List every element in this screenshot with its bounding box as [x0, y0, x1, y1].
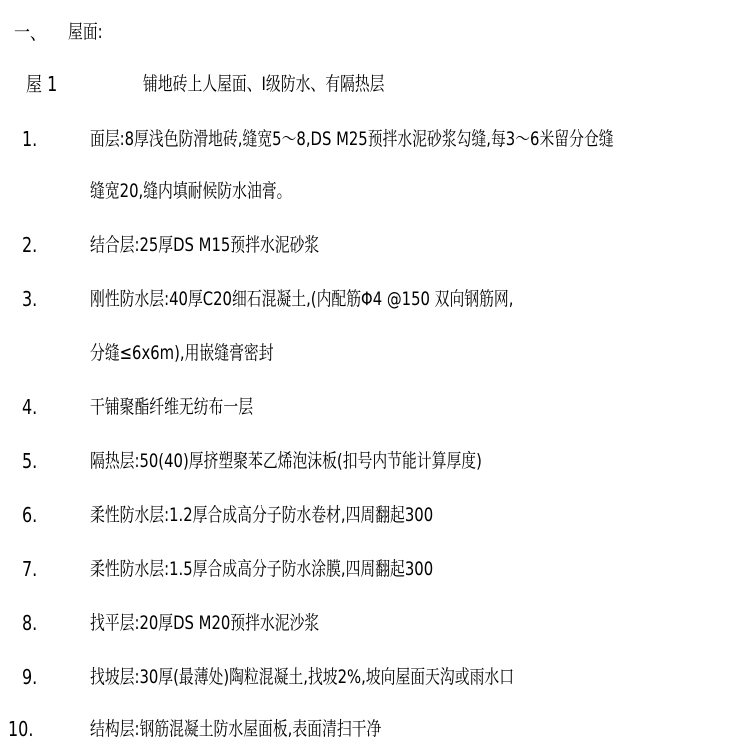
item-number: 4.	[22, 395, 37, 419]
item-text: 柔性防水层:1.5厚合成高分子防水涂膜,四周翻起300	[90, 557, 433, 581]
item-text: 柔性防水层:1.2厚合成高分子防水卷材,四周翻起300	[90, 503, 433, 527]
item-text-continuation: 分缝≤6x6m),用嵌缝膏密封	[90, 341, 274, 365]
item-number: 5.	[22, 449, 37, 473]
item-text: 结构层:钢筋混凝土防水屋面板,表面清扫干净	[90, 717, 381, 741]
item-text: 面层:8厚浅色防滑地砖,缝宽5～8,DS M25预拌水泥砂浆勾缝,每3～6米留分…	[90, 127, 614, 151]
item-number: 6.	[22, 503, 37, 527]
item-number: 10.	[8, 717, 33, 741]
item-number: 1.	[22, 127, 37, 151]
item-text: 刚性防水层:40厚C20细石混凝土,(内配筋Φ4 @150 双向钢筋网,	[90, 287, 513, 311]
item-text-continuation: 缝宽20,缝内填耐候防水油膏。	[90, 179, 291, 203]
section-number: 一、	[14, 20, 46, 44]
item-text: 结合层:25厚DS M15预拌水泥砂浆	[90, 233, 319, 257]
roof-type-description: 铺地砖上人屋面、I级防水、有隔热层	[143, 72, 384, 96]
item-number: 3.	[22, 287, 37, 311]
item-text: 隔热层:50(40)厚挤塑聚苯乙烯泡沫板(扣号内节能计算厚度)	[90, 449, 482, 473]
item-number: 9.	[22, 665, 37, 689]
section-title: 屋面:	[68, 20, 103, 44]
item-number: 2.	[22, 233, 37, 257]
item-text: 干铺聚酯纤维无纺布一层	[90, 395, 253, 419]
item-number: 8.	[22, 611, 37, 635]
item-number: 7.	[22, 557, 37, 581]
roof-type-code: 屋 1	[26, 72, 57, 96]
item-text: 找平层:20厚DS M20预拌水泥沙浆	[90, 611, 319, 635]
item-text: 找坡层:30厚(最薄处)陶粒混凝土,找坡2%,坡向屋面天沟或雨水口	[90, 665, 514, 689]
